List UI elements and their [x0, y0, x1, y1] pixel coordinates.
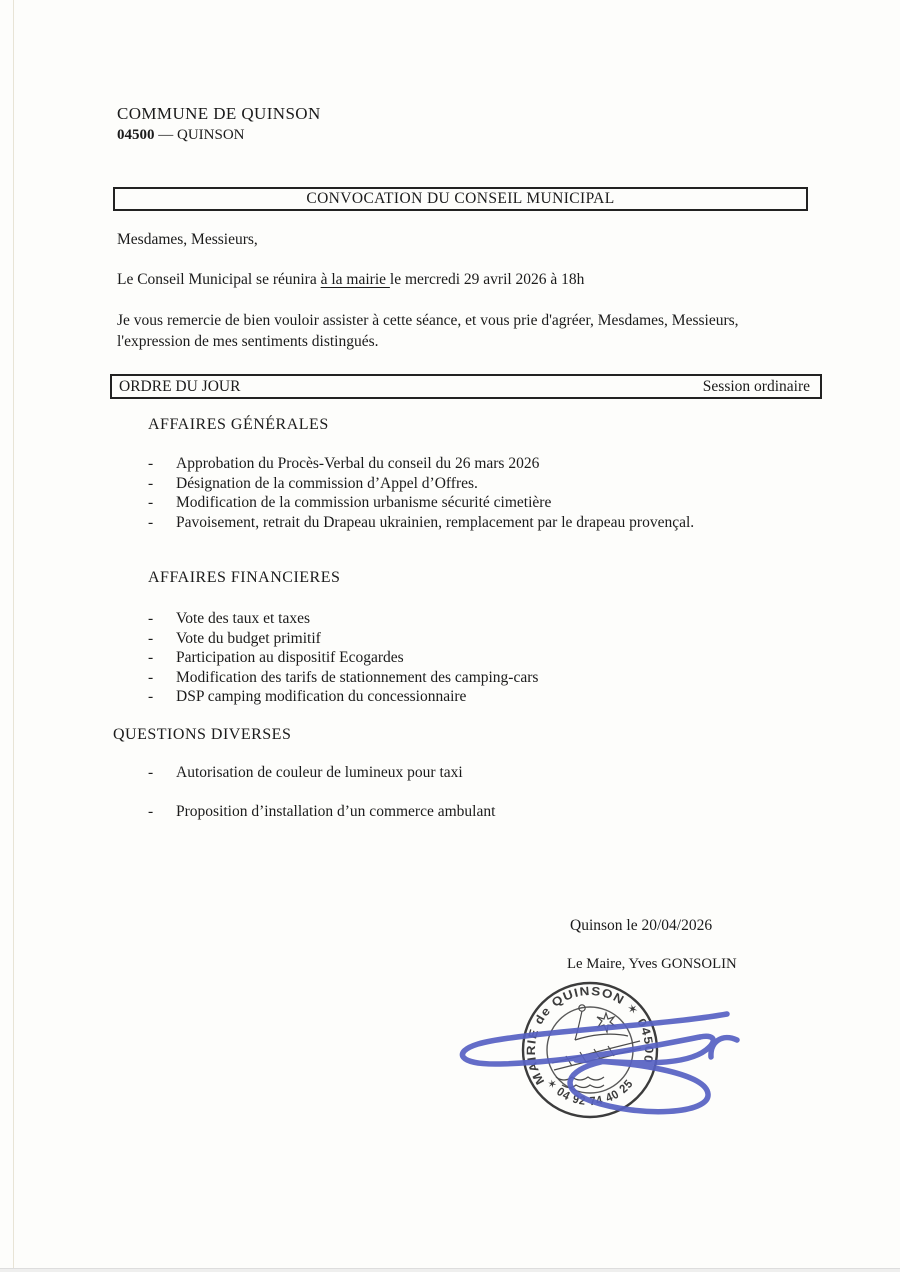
section-heading-affaires-financieres: AFFAIRES FINANCIERES: [148, 569, 340, 587]
bullet-dash: -: [148, 513, 176, 533]
list-item: -Proposition d’installation d’un commerc…: [148, 802, 808, 822]
list-item: -Autorisation de couleur de lumineux pou…: [148, 763, 808, 783]
list-item-text: Désignation de la commission d’Appel d’O…: [176, 474, 478, 494]
bullet-dash: -: [148, 763, 176, 783]
list-item-text: Participation au dispositif Ecogardes: [176, 648, 404, 668]
list-item-text: Vote des taux et taxes: [176, 609, 310, 629]
scan-edge-artifact: [13, 0, 14, 1272]
document-title-box: CONVOCATION DU CONSEIL MUNICIPAL: [113, 187, 808, 211]
list-item: -Modification de la commission urbanisme…: [148, 493, 808, 513]
list-item: -Modification des tarifs de stationnemen…: [148, 668, 808, 688]
zip-code: 04500: [117, 127, 155, 143]
document-title: CONVOCATION DU CONSEIL MUNICIPAL: [306, 190, 614, 208]
bullet-dash: -: [148, 493, 176, 513]
meeting-sentence: Le Conseil Municipal se réunira à la mai…: [117, 271, 584, 289]
list-item-text: Proposition d’installation d’un commerce…: [176, 802, 495, 822]
bullet-dash: -: [148, 802, 176, 822]
bullet-dash: -: [148, 629, 176, 649]
meeting-prefix: Le Conseil Municipal se réunira: [117, 271, 321, 288]
list-item-text: Approbation du Procès-Verbal du conseil …: [176, 454, 539, 474]
commune-name: COMMUNE DE QUINSON: [117, 104, 321, 124]
list-item-text: DSP camping modification du concessionna…: [176, 687, 466, 707]
agenda-header-bar: ORDRE DU JOUR Session ordinaire: [110, 374, 822, 399]
agenda-title: ORDRE DU JOUR: [119, 378, 240, 396]
meeting-datetime: le mercredi 29 avril 2026 à 18h: [390, 271, 585, 288]
stamp-emblem-icon: [552, 1005, 641, 1088]
zip-separator: —: [155, 127, 178, 143]
meeting-place-underlined: à la mairie: [321, 271, 390, 288]
bullet-dash: -: [148, 609, 176, 629]
section-heading-affaires-generales: AFFAIRES GÉNÉRALES: [148, 416, 329, 434]
scan-bottom-artifact: [0, 1268, 900, 1272]
bullet-dash: -: [148, 474, 176, 494]
list-item-text: Modification des tarifs de stationnement…: [176, 668, 538, 688]
bullet-dash: -: [148, 454, 176, 474]
list-item-text: Vote du budget primitif: [176, 629, 321, 649]
list-item: -Approbation du Procès-Verbal du conseil…: [148, 454, 808, 474]
closing-paragraph: Je vous remercie de bien vouloir assiste…: [117, 310, 809, 352]
agenda-list-affaires-generales: -Approbation du Procès-Verbal du conseil…: [148, 454, 808, 532]
scanned-document-page: COMMUNE DE QUINSON 04500 — QUINSON CONVO…: [0, 0, 900, 1272]
list-item: -DSP camping modification du concessionn…: [148, 687, 808, 707]
list-item: -Participation au dispositif Ecogardes: [148, 648, 808, 668]
commune-zip-line: 04500 — QUINSON: [117, 127, 245, 144]
place-and-date: Quinson le 20/04/2026: [570, 917, 712, 935]
section-heading-questions-diverses: QUESTIONS DIVERSES: [113, 726, 291, 744]
bullet-dash: -: [148, 648, 176, 668]
list-item: -Désignation de la commission d’Appel d’…: [148, 474, 808, 494]
list-item: -Pavoisement, retrait du Drapeau ukraini…: [148, 513, 808, 533]
agenda-list-affaires-financieres: -Vote des taux et taxes -Vote du budget …: [148, 609, 808, 707]
list-item: -Vote du budget primitif: [148, 629, 808, 649]
town-name: QUINSON: [177, 127, 245, 143]
bullet-dash: -: [148, 687, 176, 707]
list-item: -Vote des taux et taxes: [148, 609, 808, 629]
list-item-text: Modification de la commission urbanisme …: [176, 493, 551, 513]
session-type: Session ordinaire: [703, 378, 810, 396]
list-item-text: Autorisation de couleur de lumineux pour…: [176, 763, 463, 783]
agenda-list-questions-diverses: -Autorisation de couleur de lumineux pou…: [148, 763, 808, 840]
stamp-and-signature: MAIRIE de QUINSON ✶ 04500 ✶ 04 92 74 40 …: [430, 958, 770, 1148]
salutation: Mesdames, Messieurs,: [117, 231, 258, 249]
list-item-text: Pavoisement, retrait du Drapeau ukrainie…: [176, 513, 694, 533]
bullet-dash: -: [148, 668, 176, 688]
